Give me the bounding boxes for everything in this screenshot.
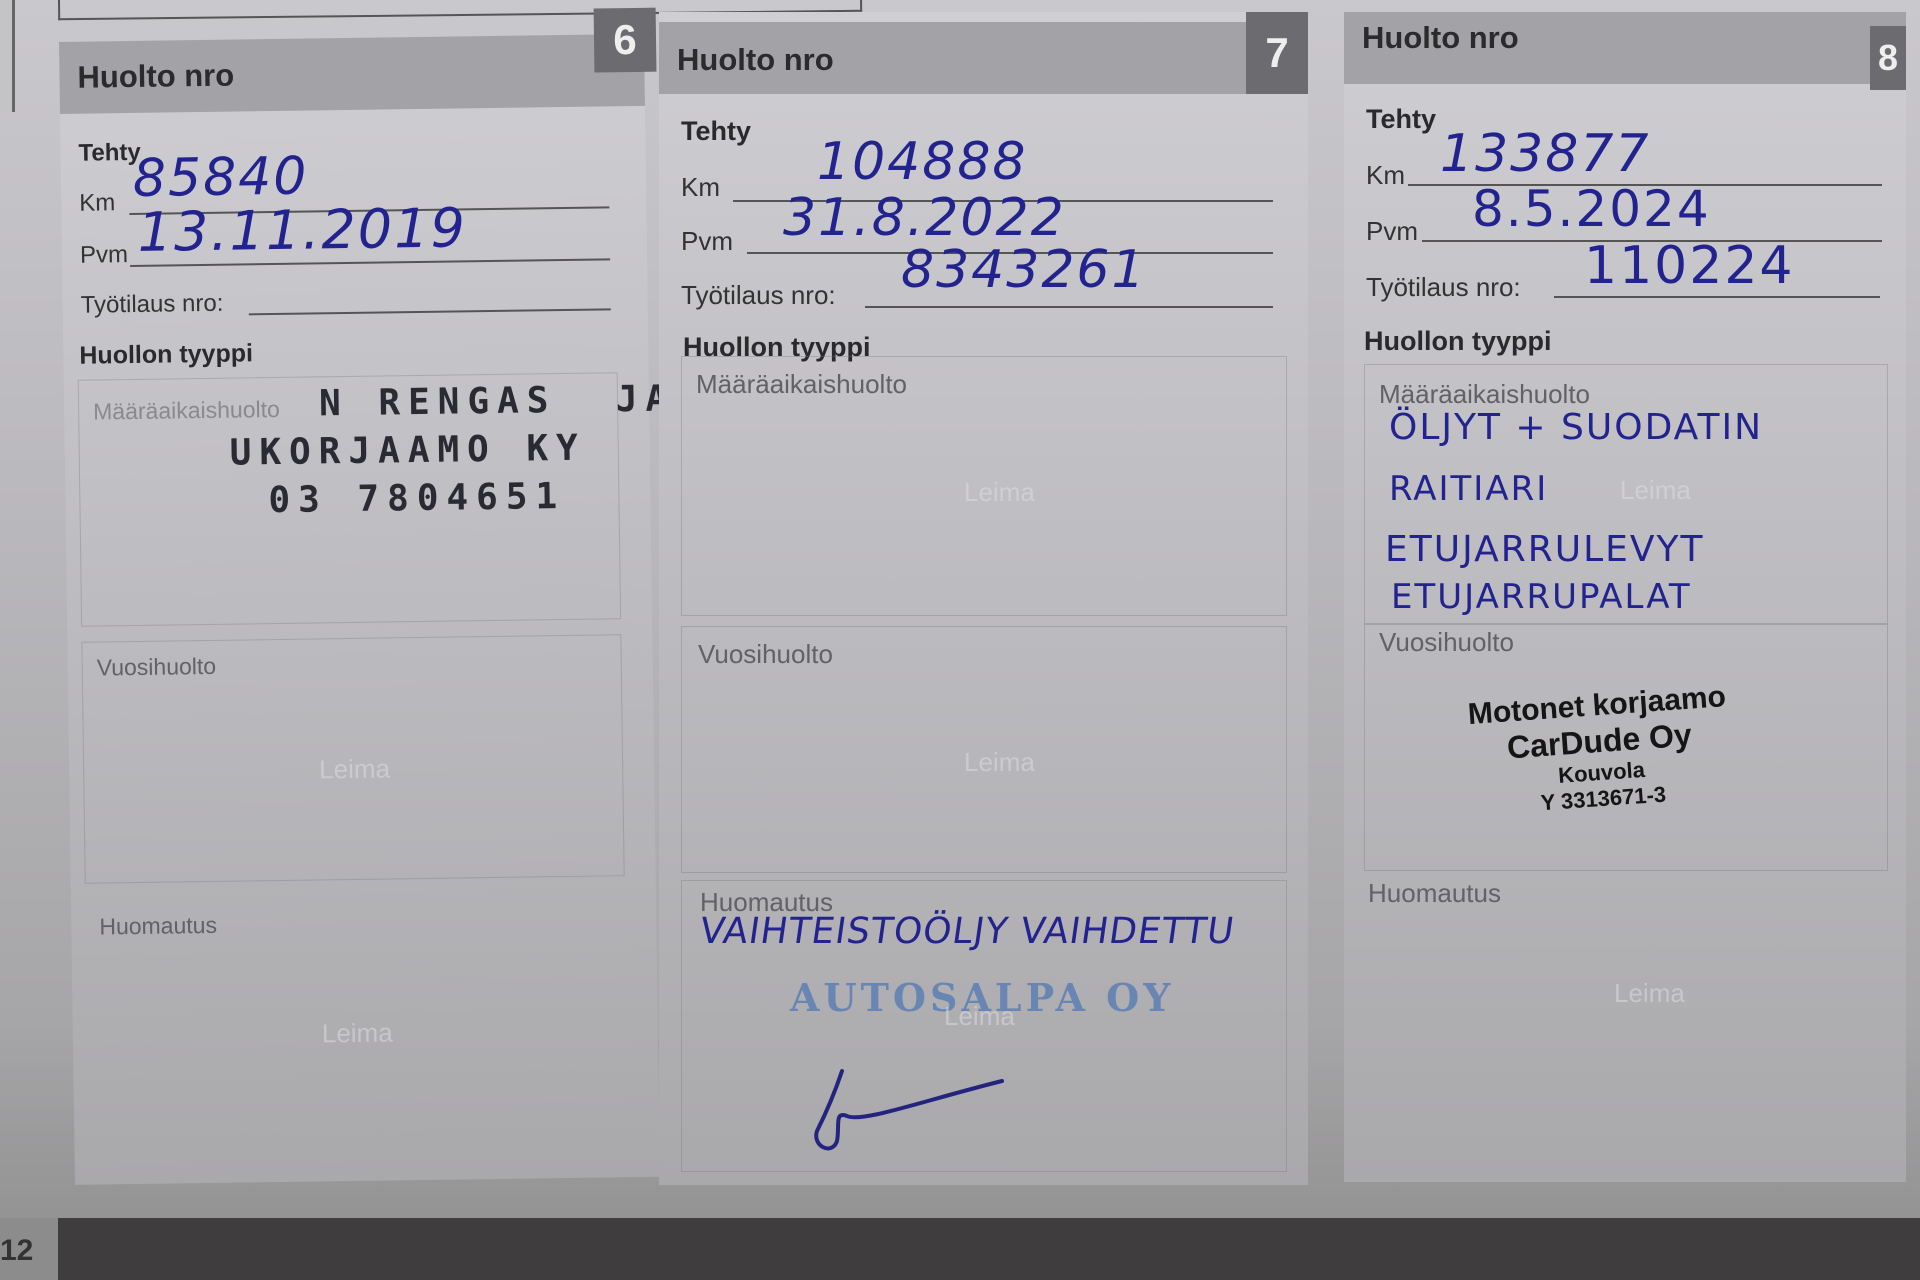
huomautus-box: Huomautus Leima: [85, 894, 627, 1166]
tyotilaus-label: Työtilaus nro:: [1366, 272, 1521, 303]
pvm-label: Pvm: [1366, 216, 1418, 247]
workshop-stamp: Motonet korjaamo CarDude Oy Kouvola Y 33…: [1461, 680, 1739, 822]
huomautus-box: Huomautus Leima: [1364, 878, 1886, 1168]
stamp-line-1: N RENGAS JA: [319, 378, 676, 424]
service-panel-6: Huolto nro 6 Tehty Km 85840 Pvm 13.11.20…: [59, 34, 660, 1185]
huomautus-label: Huomautus: [99, 912, 217, 941]
stamp-line-2: UKORJAAMO KY: [229, 428, 586, 474]
maaraaikais-label: Määräaikaishuolto: [696, 369, 907, 400]
service-note-2: RAITIARI: [1389, 469, 1548, 509]
km-label: Km: [681, 172, 720, 203]
service-number-badge: 6: [594, 8, 657, 73]
vuosihuolto-label: Vuosihuolto: [97, 653, 217, 682]
huomautus-label: Huomautus: [1368, 878, 1501, 909]
service-note-1: ÖLJYT + SUODATIN: [1389, 407, 1763, 448]
vuosihuolto-label: Vuosihuolto: [698, 639, 833, 670]
tehty-label: Tehty: [1366, 104, 1436, 135]
pvm-label: Pvm: [80, 241, 128, 270]
signature-icon: [802, 1061, 1082, 1161]
header-title: Huolto nro: [677, 42, 834, 78]
leima-placeholder: Leima: [1620, 475, 1691, 506]
service-note-3: ETUJARRULEVYT: [1385, 529, 1704, 570]
vuosihuolto-box: Vuosihuolto Leima: [81, 634, 624, 884]
service-note-4: ETUJARRUPALAT: [1391, 577, 1692, 617]
previous-page-edge: [0, 0, 15, 112]
km-value: 104888: [817, 132, 1028, 192]
leima-placeholder: Leima: [964, 477, 1035, 508]
km-label: Km: [79, 189, 115, 217]
panel-header: Huolto nro 8: [1344, 12, 1906, 84]
tyotilaus-label: Työtilaus nro:: [681, 280, 836, 311]
panel-header: Huolto nro 6: [59, 34, 645, 114]
stamp-line-3: 03 7804651: [268, 476, 565, 521]
huollon-tyyppi-label: Huollon tyyppi: [79, 339, 253, 370]
maaraaikais-label: Määräaikaishuolto: [1379, 379, 1590, 410]
km-value: 133877: [1440, 124, 1651, 184]
tyotilaus-label: Työtilaus nro:: [80, 290, 223, 320]
maaraaikais-box: Määräaikaishuolto Leima: [681, 356, 1287, 616]
service-number-badge: 8: [1870, 26, 1906, 90]
tyotilaus-line: [865, 306, 1273, 308]
tyotilaus-value: 110224: [1584, 236, 1795, 296]
header-title: Huolto nro: [1362, 20, 1519, 56]
page-number: 12: [0, 1234, 33, 1268]
page-footer-bar: [58, 1218, 1920, 1280]
huomautus-box: Huomautus VAIHTEISTOÖLJY VAIHDETTU AUTOS…: [681, 880, 1287, 1172]
panel-header: Huolto nro 7: [659, 22, 1308, 94]
vuosihuolto-box: Vuosihuolto Motonet korjaamo CarDude Oy …: [1364, 624, 1888, 871]
huomautus-note: VAIHTEISTOÖLJY VAIHDETTU: [697, 911, 1237, 952]
leima-placeholder: Leima: [1614, 978, 1685, 1009]
leima-placeholder: Leima: [964, 747, 1035, 778]
huollon-tyyppi-label: Huollon tyyppi: [1364, 326, 1551, 357]
km-label: Km: [1366, 160, 1405, 191]
pvm-value: 31.8.2022: [783, 188, 1066, 248]
maaraaikais-box: Määräaikaishuolto ÖLJYT + SUODATIN RAITI…: [1364, 364, 1888, 624]
maaraaikais-label: Määräaikaishuolto: [93, 396, 280, 426]
service-panel-8: Huolto nro 8 Tehty Km 133877 Pvm 8.5.202…: [1344, 12, 1906, 1182]
leima-placeholder: Leima: [944, 1001, 1015, 1032]
tyotilaus-line: [1554, 296, 1880, 298]
vuosihuolto-box: Vuosihuolto Leima: [681, 626, 1287, 873]
maaraaikais-box: Määräaikaishuolto N RENGAS JA UKORJAAMO …: [78, 372, 621, 627]
vuosihuolto-label: Vuosihuolto: [1379, 627, 1514, 658]
header-title: Huolto nro: [77, 58, 234, 96]
tyotilaus-value: 8343261: [901, 240, 1147, 300]
pvm-value: 13.11.2019: [137, 196, 467, 264]
leima-placeholder: Leima: [319, 753, 390, 785]
tehty-label: Tehty: [681, 116, 751, 147]
service-number-badge: 7: [1246, 12, 1308, 94]
pvm-label: Pvm: [681, 226, 733, 257]
leima-placeholder: Leima: [322, 1017, 393, 1049]
pvm-value: 8.5.2024: [1472, 180, 1711, 238]
service-panel-7: Huolto nro 7 Tehty Km 104888 Pvm 31.8.20…: [659, 12, 1308, 1185]
tyotilaus-line: [249, 308, 611, 315]
